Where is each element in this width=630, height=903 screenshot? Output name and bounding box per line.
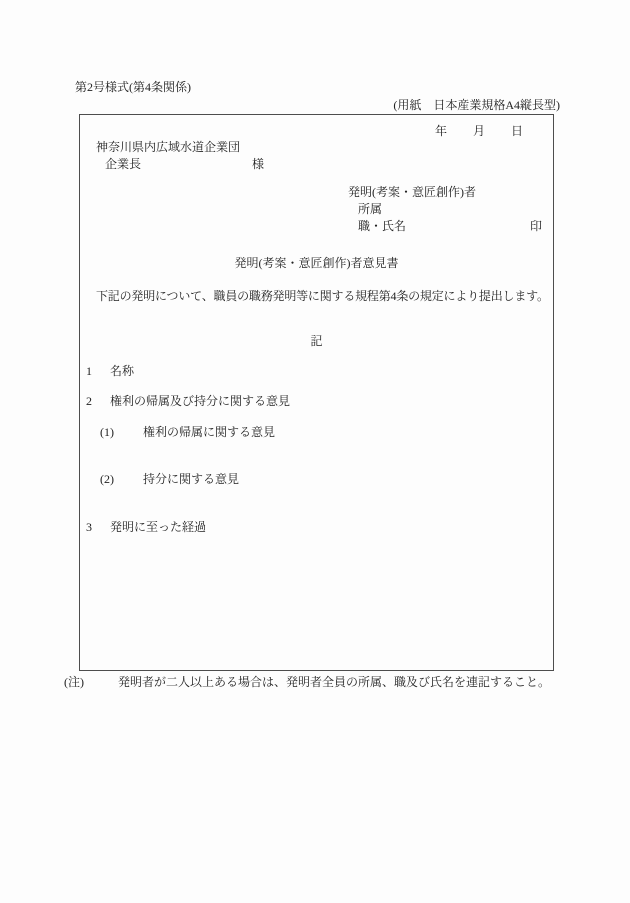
job-name-line: 職・氏名 印 xyxy=(358,217,542,234)
body-text: 下記の発明について、職員の職務発明等に関する規程第4条の規定により提出します。 xyxy=(96,287,549,304)
item-number: 1 xyxy=(86,364,107,379)
position-label: 企業長 xyxy=(105,157,141,171)
item-label: 名称 xyxy=(110,364,134,378)
document-title: 発明(考案・意匠創作)者意見書 xyxy=(80,254,553,271)
item-number: 3 xyxy=(86,520,107,535)
item-label: 権利の帰属に関する意見 xyxy=(143,425,275,439)
paper-spec-label: (用紙 日本産業規格A4縦長型) xyxy=(393,96,560,113)
affiliation-label: 所属 xyxy=(358,200,382,217)
note-marker: (注) xyxy=(64,673,118,690)
item-label: 権利の帰属及び持分に関する意見 xyxy=(110,394,290,408)
note-line: (注)発明者が二人以上ある場合は、発明者全員の所属、職及び氏名を連記すること。 xyxy=(64,673,550,690)
scanned-form-page: 第2号様式(第4条関係) (用紙 日本産業規格A4縦長型) 年 月 日 神奈川県… xyxy=(0,0,630,903)
organization-name: 神奈川県内広域水道企業団 xyxy=(96,138,240,155)
honorific-label: 様 xyxy=(252,157,264,171)
inventor-section-heading: 発明(考案・意匠創作)者 xyxy=(348,183,476,200)
month-label: 月 xyxy=(473,122,485,139)
date-line: 年 月 日 xyxy=(435,122,523,139)
list-item-name: 1 名称 xyxy=(86,362,134,379)
item-number: (2) xyxy=(100,472,140,487)
item-number: (1) xyxy=(100,425,140,440)
item-number: 2 xyxy=(86,394,107,409)
job-name-label: 職・氏名 xyxy=(358,217,406,234)
list-item-rights-opinion: 2 権利の帰属及び持分に関する意見 xyxy=(86,392,290,409)
addressee-line: 企業長 様 xyxy=(105,155,264,172)
list-subitem-attribution-opinion: (1) 権利の帰属に関する意見 xyxy=(100,423,275,440)
form-number-label: 第2号様式(第4条関係) xyxy=(75,78,191,95)
seal-label: 印 xyxy=(530,217,542,234)
item-label: 持分に関する意見 xyxy=(143,472,239,486)
list-item-invention-history: 3 発明に至った経過 xyxy=(86,518,206,535)
year-label: 年 xyxy=(435,122,447,139)
note-text: 発明者が二人以上ある場合は、発明者全員の所属、職及び氏名を連記すること。 xyxy=(118,675,550,689)
ki-marker: 記 xyxy=(80,332,553,349)
form-border-box: 年 月 日 神奈川県内広域水道企業団 企業長 様 発明(考案・意匠創作)者 所属… xyxy=(79,114,554,671)
day-label: 日 xyxy=(511,122,523,139)
item-label: 発明に至った経過 xyxy=(110,520,206,534)
list-subitem-share-opinion: (2) 持分に関する意見 xyxy=(100,470,239,487)
